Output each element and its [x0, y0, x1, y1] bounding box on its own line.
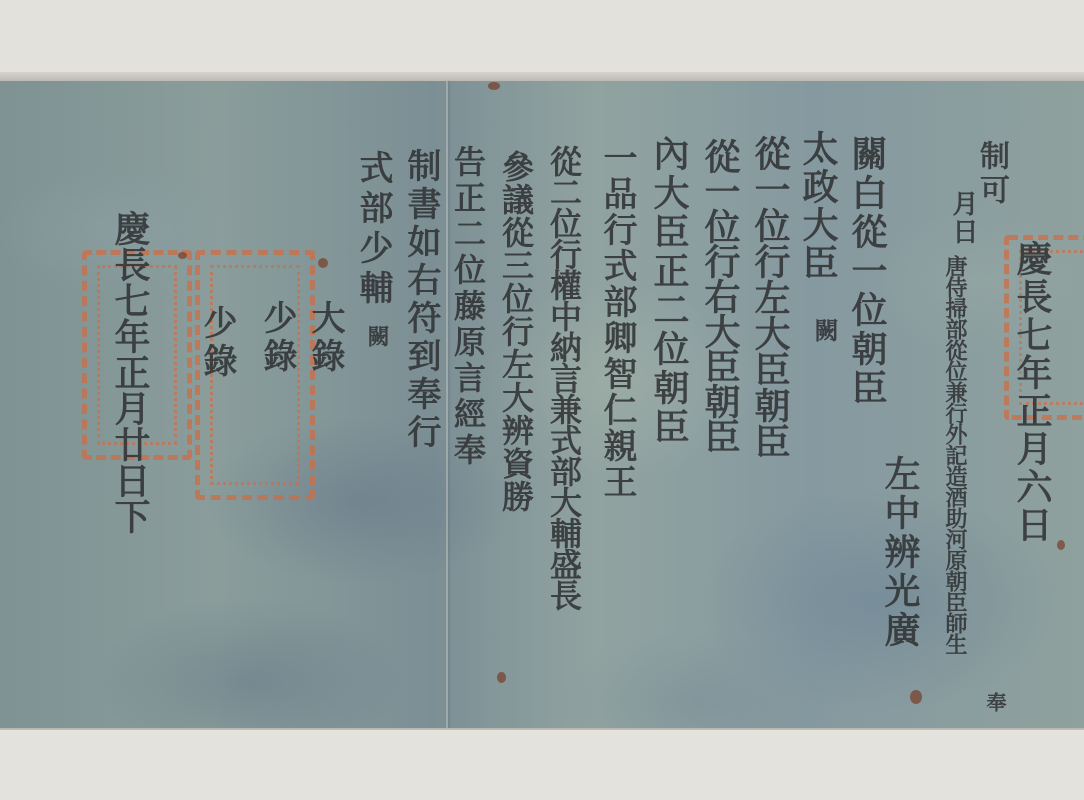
paper-top-shadow	[0, 72, 1084, 81]
stain	[488, 82, 500, 90]
column-sangi: 參議從三位行左大辨資勝	[500, 150, 532, 513]
column-daijo-ketsu: 闕	[812, 318, 836, 346]
stain	[1057, 540, 1065, 550]
column-shoroku-1: 少錄	[260, 300, 294, 376]
column-date-bottom: 慶長七年正月廿日下	[112, 210, 148, 534]
column-kaku-official: 唐侍掃部從位兼行外記造酒助河原朝臣師生	[944, 255, 966, 654]
column-kampaku: 關白從一位朝臣	[849, 135, 885, 408]
column-seikaka: 制可	[976, 140, 1006, 208]
backdrop-top	[0, 0, 1084, 80]
column-shikibu-shoyu: 式部少輔	[356, 150, 390, 310]
column-shikibukyo: 一品行式部卿智仁親王	[600, 140, 634, 500]
column-tsukihi: 月日	[950, 190, 976, 246]
column-dairoku: 大錄	[308, 300, 342, 376]
column-udaijin: 從一位行右大臣朝臣	[702, 138, 738, 453]
stain	[318, 258, 328, 268]
column-seisho: 制書如右符到奉行	[404, 148, 438, 452]
column-naidaijin: 內大臣正二位朝臣	[651, 135, 687, 447]
column-shoyu-ketsu: 闕	[366, 325, 388, 351]
stain	[497, 672, 506, 683]
column-koku: 告正二位藤原言經奉	[452, 145, 484, 469]
column-chunagon: 從二位行權中納言兼式部大輔盛長	[548, 145, 580, 610]
column-sachuben: 左中辨光廣	[882, 455, 918, 650]
backdrop-bottom	[0, 730, 1084, 800]
stain	[910, 690, 922, 704]
column-tatematsuru: 奉	[985, 692, 1005, 716]
column-shoroku-2: 少錄	[200, 305, 234, 381]
paper-seam	[446, 81, 448, 729]
column-sadaijin: 從一位行左大臣朝臣	[752, 135, 788, 459]
column-date-top: 慶長七年正月六日	[1014, 240, 1050, 544]
stain	[178, 252, 187, 259]
column-daijo-daijin: 太政大臣	[800, 130, 836, 282]
